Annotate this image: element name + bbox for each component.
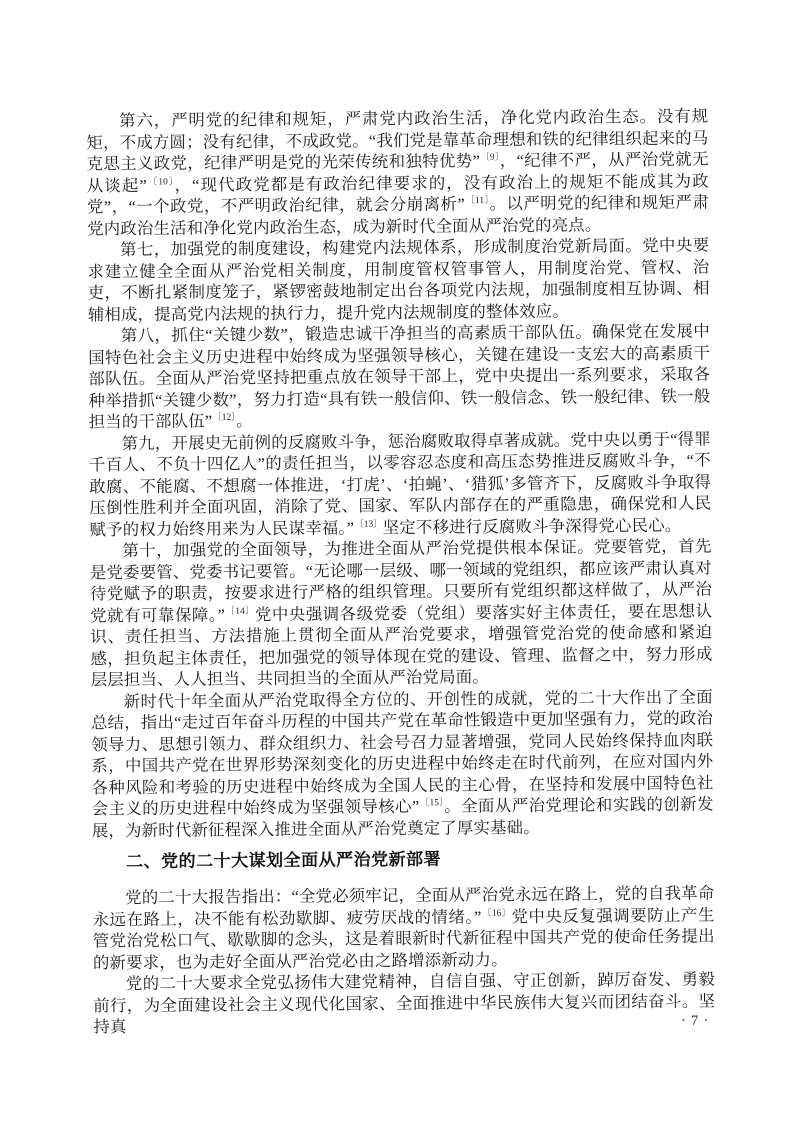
paragraph-point-six: 第六，严明党的纪律和规矩，严肃党内政治生活，净化党内政治生态。没有规矩，不成方圆… xyxy=(86,106,709,240)
citation-ref: 〔10〕 xyxy=(147,177,175,187)
scanned-document-page: 第六，严明党的纪律和规矩，严肃党内政治生活，净化党内政治生态。没有规矩，不成方圆… xyxy=(0,0,793,1122)
paragraph-point-eight: 第八，抓住“关键少数”，锻造忠诚干净担当的高素质干部队伍。确保党在发展中国特色社… xyxy=(88,321,711,433)
paragraph-point-ten: 第十，加强党的全面领导，为推进全面从严治党提供根本保证。党要管党，首先是党委要管… xyxy=(90,536,713,691)
text-block: 第六，严明党的纪律和规矩，严肃党内政治生活，净化党内政治生态。没有规矩，不成方圆… xyxy=(86,106,715,1038)
citation-ref: 〔12〕 xyxy=(212,413,236,423)
paragraph-point-nine: 第九，开展史无前例的反腐败斗争，惩治腐败取得卓著成就。党中央以勇于“得罪千百人、… xyxy=(89,428,712,540)
paragraph-decade-summary: 新时代十年全面从严治党取得全方位的、开创性的成就，党的二十大作出了全面总结，指出… xyxy=(91,686,714,841)
citation-ref: 〔14〕 xyxy=(225,606,255,616)
paragraph-point-seven: 第七，加强党的制度建设，构建党内法规体系，形成制度治党新局面。党中央要求建立健全… xyxy=(87,235,710,326)
paragraph-congress-report: 党的二十大报告指出：“全党必须牢记，全面从严治党永远在路上，党的自我革命永远在路… xyxy=(92,883,715,974)
section-heading: 二、党的二十大谋划全面从严治党新部署 xyxy=(92,847,714,874)
citation-ref: 〔11〕 xyxy=(465,196,490,206)
citation-ref: 〔15〕 xyxy=(419,798,444,808)
citation-ref: 〔9〕 xyxy=(480,153,500,163)
scan-area: 第六，严明党的纪律和规矩，严肃党内政治生活，净化党内政治生态。没有规矩，不成方圆… xyxy=(0,0,793,1122)
citation-ref: 〔13〕 xyxy=(354,519,383,529)
citation-ref: 〔16〕 xyxy=(482,908,512,918)
